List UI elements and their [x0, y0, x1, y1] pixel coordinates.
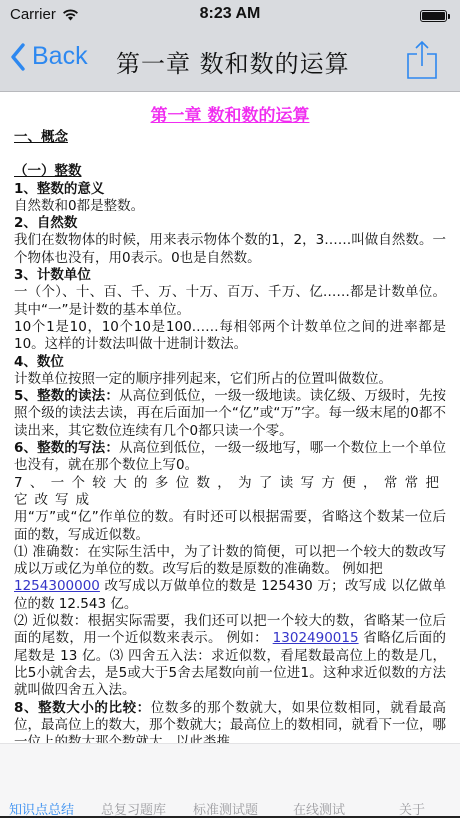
- section-heading: 一、概念: [14, 129, 446, 146]
- item-paragraph: 8、整数大小的比较：位数多的那个数就大，如果位数相同，就看最高位，最高位上的数大…: [14, 700, 446, 744]
- subsection-heading: （一）整数: [14, 163, 446, 180]
- share-icon: [406, 40, 438, 80]
- item-paragraph: 5、整数的读法：从高位到低位，一级一级地读。读亿级、万级时，先按照个级的读法去读…: [14, 388, 446, 440]
- item-paragraph: ⑴ 准确数：在实际生活中，为了计数的简便，可以把一个较大的数改写成以万或亿为单位…: [14, 544, 446, 613]
- item-heading: 8、整数大小的比较：: [14, 700, 151, 716]
- page-title: 第一章 数和数的运算: [116, 44, 350, 79]
- status-bar: Carrier 8:23 AM: [0, 0, 460, 30]
- item-heading: 6、整数的写法：: [14, 440, 119, 456]
- document-title: 第一章 数和数的运算: [14, 105, 446, 127]
- navigation-bar: Back 第一章 数和数的运算: [0, 30, 460, 92]
- item-body: 10个1是10，10个10是100……每相邻两个计数单位之间的进率都是10。这样…: [14, 319, 446, 354]
- item-paragraph: 7、一个较大的多位数，为了读写方便，常常把它改写成 用“万”或“亿”作单位的数。…: [14, 475, 446, 544]
- battery-icon: [420, 10, 447, 22]
- item-body: 用“万”或“亿”作单位的数。有时还可以根据需要，省略这个数某一位后面的数，写成近…: [14, 509, 446, 544]
- share-button[interactable]: [406, 40, 438, 80]
- item-body: 7、一个较大的多位数，为了读写方便，常常把它改写成: [14, 475, 446, 510]
- item-heading: 3、计数单位: [14, 267, 446, 284]
- document-content[interactable]: 第一章 数和数的运算 一、概念 （一）整数 1、整数的意义 自然数和0都是整数。…: [0, 93, 460, 743]
- item-body: 自然数和0都是整数。: [14, 198, 446, 215]
- back-label: Back: [32, 42, 88, 71]
- item-heading: 2、自然数: [14, 215, 446, 232]
- item-paragraph: ⑵ 近似数：根据实际需要，我们还可以把一个较大的数，省略某一位后面的尾数，用一个…: [14, 613, 446, 699]
- back-button[interactable]: Back: [10, 42, 88, 71]
- number-link[interactable]: 1302490015: [273, 630, 359, 646]
- item-body: 计数单位按照一定的顺序排列起来，它们所占的位置叫做数位。: [14, 371, 446, 388]
- item-paragraph: 6、整数的写法：从高位到低位，一级一级地写，哪一个数位上一个单位也没有，就在那个…: [14, 440, 446, 475]
- item-body: 我们在数物体的时候，用来表示物体个数的1，2，3……叫做自然数。一个物体也没有，…: [14, 232, 446, 267]
- chevron-left-icon: [10, 43, 26, 71]
- tab-bar: 知识点总结 总复习题库 标准测试题 在线测试 关于: [0, 743, 460, 818]
- item-heading: 5、整数的读法：: [14, 388, 119, 404]
- top-bar: Carrier 8:23 AM Back 第一章 数和数的运算: [0, 0, 460, 92]
- item-body: ⑴ 准确数：在实际生活中，为了计数的简便，可以把一个较大的数改写成以万或亿为单位…: [14, 544, 446, 577]
- item-heading: 4、数位: [14, 354, 446, 371]
- item-body: 一（个）、十、百、千、万、十万、百万、千万、亿……都是计数单位。其中“一”是计数…: [14, 284, 446, 319]
- number-link[interactable]: 1254300000: [14, 578, 100, 594]
- item-heading: 1、整数的意义: [14, 181, 446, 198]
- status-time: 8:23 AM: [0, 5, 460, 23]
